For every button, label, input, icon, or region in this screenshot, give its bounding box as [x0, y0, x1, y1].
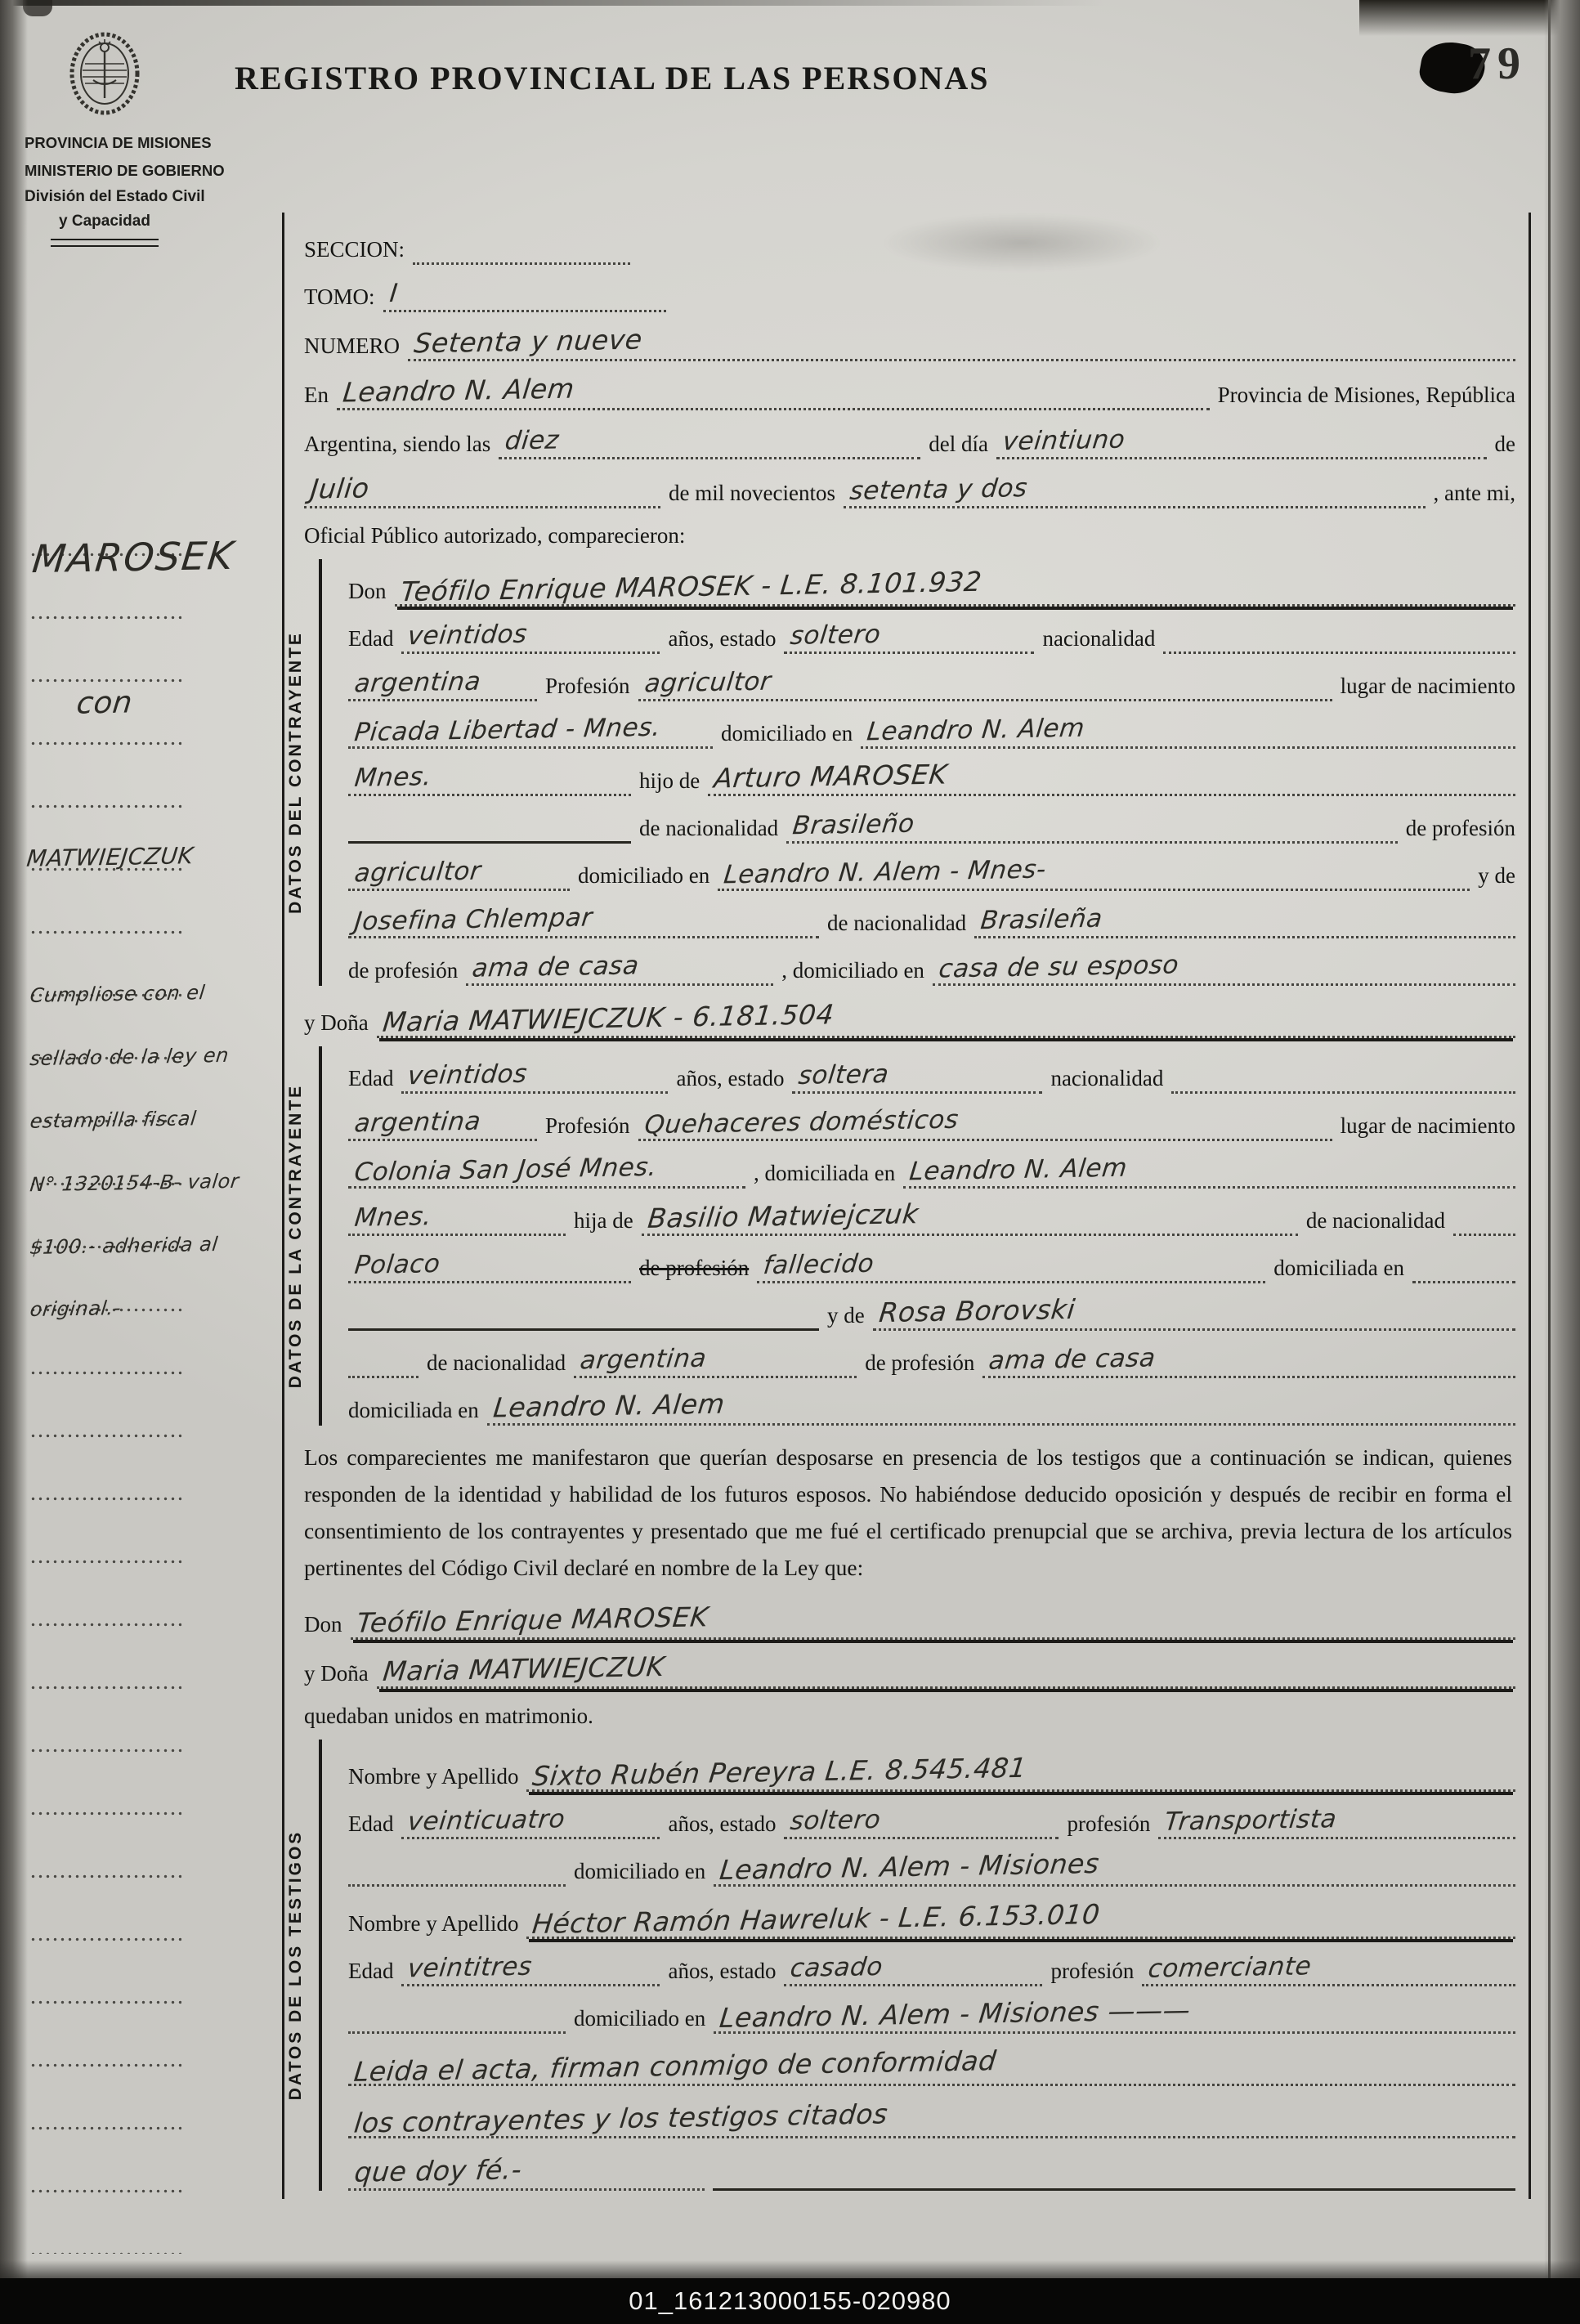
row-decl-groom: Don Teófilo Enrique MAROSEK: [284, 1591, 1515, 1640]
groom-domicilio-field: Leandro N. Alem: [861, 715, 1515, 749]
siendo-las-label: Argentina, siendo las: [304, 432, 490, 459]
sidebar: PROVINCIA DE MISIONES MINISTERIO DE GOBI…: [25, 31, 185, 247]
scan-edge-top: [0, 0, 1106, 6]
ministry-name: MINISTERIO DE GOBIERNO: [25, 157, 185, 185]
margin-conjunction: con: [75, 684, 135, 720]
coat-of-arms-icon: [65, 31, 144, 116]
groom-madre-value: Josefina Chlempar: [353, 902, 594, 936]
section-witnesses-label: DATOS DE LOS TESTIGOS: [286, 1830, 306, 2101]
groom-nacionalidad-field: argentina: [348, 668, 537, 701]
margin-note-line: original.-: [29, 1296, 122, 1321]
cierre-line2-value: los contrayentes y los testigos citados: [352, 2098, 889, 2138]
witness2-domicilio-field: Leandro N. Alem - Misiones ———: [714, 1998, 1515, 2034]
witness1-domicilio-field: Leandro N. Alem - Misiones: [714, 1851, 1515, 1887]
decl-don-label: Don: [304, 1612, 342, 1640]
witness2-name-value: Héctor Ramón Hawreluk - L.E. 6.153.010: [531, 1898, 1102, 1940]
witness2-estado-value: casado: [789, 1952, 884, 1983]
bride-profesion-field: Quehaceres domésticos: [638, 1108, 1332, 1141]
blank-field: [1171, 1090, 1515, 1094]
row-groom-madre-prof: de profesión ama de casa , domiciliado e…: [345, 938, 1515, 986]
province-name: PROVINCIA DE MISIONES: [25, 129, 185, 157]
madre-domicilio-value: casa de su esposo: [938, 950, 1180, 983]
bride-madre-profesion-value: ama de casa: [987, 1343, 1157, 1376]
scanned-marriage-record: 79 REGISTRO PROVINCIAL DE LAS PERSONAS P…: [0, 0, 1580, 2324]
groom-domicilio-value2: Mnes.: [353, 762, 433, 793]
bride-profesion-label: Profesión: [545, 1113, 630, 1141]
section-bride-label: DATOS DE LA CONTRAYENTE: [286, 1084, 306, 1388]
row-witness1-edad: Edad veinticuatro años, estado soltero p…: [345, 1792, 1515, 1839]
groom-nacionalidad-label: nacionalidad: [1042, 626, 1155, 654]
witness2-estado-label: años, estado: [668, 1959, 776, 1986]
decl-dona-label: y Doña: [304, 1661, 369, 1689]
margin-note-line: estampilla fiscal: [29, 1107, 197, 1133]
groom-nacimiento-field: Picada Libertad - Mnes.: [348, 715, 713, 749]
bride-domicilio2-field: Mnes.: [348, 1202, 566, 1236]
groom-estado-field: soltero: [784, 620, 1034, 654]
witness2-estado-field: casado: [784, 1953, 1042, 1986]
bride-madre-profesion-field: ama de casa: [982, 1345, 1515, 1378]
bride-domicilio-value: Leandro N. Alem: [908, 1153, 1129, 1187]
witness2-nombre-label: Nombre y Apellido: [348, 1911, 518, 1939]
bride-nacimiento-value: Colonia San José Mnes.: [353, 1153, 659, 1187]
bride-madre-domicilio-label: domiciliada en: [348, 1398, 479, 1426]
row-witness2-name: Nombre y Apellido Héctor Ramón Hawreluk …: [345, 1887, 1515, 1939]
mes-field: Julio: [304, 472, 660, 508]
en-label: En: [304, 383, 329, 410]
margin-party1: MAROSEK: [30, 534, 237, 582]
row-bride-profesion: argentina Profesión Quehaceres doméstico…: [345, 1094, 1515, 1141]
row-numero: NUMERO Setenta y nueve: [284, 312, 1515, 361]
bride-edad-label: Edad: [348, 1066, 393, 1094]
bride-padre-nacionalidad-value: Polaco: [353, 1249, 441, 1280]
bride-madre-field: Rosa Borovski: [873, 1295, 1515, 1331]
row-seccion: SECCION:: [284, 217, 1515, 265]
acta-paragraph: Los comparecientes me manifestaron que q…: [304, 1439, 1512, 1586]
bride-padre-profesion-label-struck: de profesión: [639, 1256, 749, 1283]
witness2-domicilio-value: Leandro N. Alem - Misiones ———: [718, 1994, 1193, 2034]
groom-edad-field: veintidos: [401, 620, 660, 654]
madre-nacionalidad-field: Brasileña: [974, 905, 1515, 938]
padre-profesion-field: agricultor: [348, 858, 570, 891]
groom-estado-label: años, estado: [668, 626, 776, 654]
decl-bride-value: Maria MATWIEJCZUK: [381, 1650, 666, 1687]
bride-domicilio-field: Leandro N. Alem: [903, 1155, 1515, 1189]
bride-y-de-label: y de: [827, 1303, 865, 1331]
padre-nacionalidad-label: de nacionalidad: [639, 816, 778, 844]
section-bride: DATOS DE LA CONTRAYENTE Edad veintidos a…: [319, 1046, 1515, 1426]
groom-domicilio-label: domiciliado en: [721, 721, 853, 749]
padre-nacionalidad-value: Brasileño: [791, 809, 916, 841]
witness1-estado-field: soltero: [784, 1806, 1059, 1839]
groom-profesion-field: agricultor: [638, 668, 1332, 701]
witness1-edad-label: Edad: [348, 1811, 393, 1839]
ante-mi-label: , ante mi,: [1434, 481, 1515, 508]
groom-profesion-value: agricultor: [642, 667, 772, 699]
groom-padre-value: Arturo MAROSEK: [713, 759, 949, 795]
section-groom-label: DATOS DEL CONTRAYENTE: [286, 631, 306, 914]
madre-profesion-field: ama de casa: [466, 952, 773, 986]
page-title: REGISTRO PROVINCIAL DE LAS PERSONAS: [235, 59, 1395, 97]
decl-groom-value: Teófilo Enrique MAROSEK: [355, 1601, 709, 1638]
row-mes-anio: Julio de mil novecientos setenta y dos ,…: [284, 459, 1515, 508]
bride-name-field: Maria MATWIEJCZUK - 6.181.504: [377, 1002, 1515, 1038]
margin-party2: MATWIEJCZUK: [25, 842, 195, 872]
bride-nacionalidad-label: nacionalidad: [1050, 1066, 1163, 1094]
hora-value: diez: [504, 425, 561, 455]
groom-nacimiento-value: Picada Libertad - Mnes.: [353, 713, 662, 748]
numero-value: Setenta y nueve: [413, 324, 644, 360]
witness1-name-field: Sixto Rubén Pereyra L.E. 8.545.481: [526, 1756, 1515, 1792]
decl-groom-field: Teófilo Enrique MAROSEK: [351, 1604, 1516, 1640]
closing-rule: [713, 2187, 1515, 2191]
anio-field: setenta y dos: [844, 475, 1426, 508]
groom-nacimiento-label: lugar de nacimiento: [1341, 674, 1515, 701]
de-label: de: [1495, 432, 1515, 459]
padre-profesion-label: de profesión: [1406, 816, 1515, 844]
bride-estado-value: soltera: [797, 1059, 890, 1090]
groom-edad-label: Edad: [348, 626, 393, 654]
witness2-edad-field: veintitres: [401, 1953, 660, 1986]
groom-name-field: Teófilo Enrique MAROSEK - L.E. 8.101.932: [395, 571, 1516, 607]
bride-estado-field: soltera: [792, 1060, 1042, 1094]
bride-nacimiento-label: lugar de nacimiento: [1341, 1113, 1515, 1141]
blank-field: [348, 1374, 418, 1378]
bride-madre-profesion-label: de profesión: [865, 1350, 974, 1378]
groom-madre-field: Josefina Chlempar: [348, 905, 819, 938]
blank-field: [1412, 1279, 1515, 1283]
row-bride-madre: y de Rosa Borovski: [345, 1283, 1515, 1331]
blank-field: [348, 1883, 566, 1887]
hija-de-label: hija de: [574, 1208, 633, 1236]
row-groom-profesion: argentina Profesión agricultor lugar de …: [345, 654, 1515, 701]
cierre-line1-value: Leida el acta, firman conmigo de conform…: [352, 2044, 998, 2088]
padre-domicilio-value: Leandro N. Alem - Mnes-: [723, 855, 1048, 890]
provincia-text: Provincia de Misiones, República: [1218, 383, 1515, 410]
witness1-estado-value: soltero: [789, 1805, 882, 1836]
witness1-name-value: Sixto Rubén Pereyra L.E. 8.545.481: [531, 1752, 1029, 1793]
groom-name-value: Teófilo Enrique MAROSEK - L.E. 8.101.932: [399, 566, 983, 607]
sidebar-ruled-lines: [28, 527, 181, 2254]
bride-padre-field: Basilio Matwiejczuk: [642, 1200, 1298, 1236]
witness1-profesion-label: profesión: [1067, 1811, 1150, 1839]
bride-madre-value: Rosa Borovski: [877, 1293, 1076, 1328]
bride-domicilio-value2: Mnes.: [353, 1202, 433, 1233]
row-witness1-domicilio: domiciliado en Leandro N. Alem - Misione…: [345, 1839, 1515, 1887]
row-groom-padre: Mnes. hijo de Arturo MAROSEK: [345, 749, 1515, 796]
row-bride-madre-nac: de nacionalidad argentina de profesión a…: [345, 1331, 1515, 1378]
groom-nacionalidad-value: argentina: [353, 667, 482, 699]
novecientos-label: de mil novecientos: [669, 481, 835, 508]
groom-padre-field: Arturo MAROSEK: [708, 760, 1515, 796]
microfilm-code-bar: 01_161213000155-020980: [0, 2278, 1580, 2324]
witness2-edad-label: Edad: [348, 1959, 393, 1986]
witness1-domicilio-value: Leandro N. Alem - Misiones: [718, 1847, 1101, 1886]
don-label: Don: [348, 579, 387, 607]
madre-domicilio-field: casa de su esposo: [933, 952, 1515, 986]
decl-bride-field: Maria MATWIEJCZUK: [377, 1653, 1515, 1689]
witness1-profesion-field: Transportista: [1158, 1806, 1515, 1839]
row-hora-dia: Argentina, siendo las diez del día veint…: [284, 410, 1515, 459]
cierre-line1-field: Leida el acta, firman conmigo de conform…: [348, 2050, 1515, 2086]
groom-edad-value: veintidos: [406, 620, 529, 652]
bride-padre-domicilio-label: domiciliada en: [1273, 1256, 1404, 1283]
padre-nacionalidad-field: Brasileño: [786, 810, 1398, 844]
madre-nacionalidad-label: de nacionalidad: [827, 911, 966, 938]
row-decl-bride: y Doña Maria MATWIEJCZUK: [284, 1640, 1515, 1689]
witness1-edad-field: veinticuatro: [401, 1806, 660, 1839]
bride-nacimiento-field: Colonia San José Mnes.: [348, 1155, 745, 1189]
bride-edad-value: veintidos: [406, 1059, 529, 1091]
row-cierre-2: los contrayentes y los testigos citados: [345, 2086, 1515, 2138]
bride-edad-field: veintidos: [401, 1060, 668, 1094]
decl-cierre-text: quedaban unidos en matrimonio.: [304, 1704, 593, 1731]
row-tomo: TOMO: I: [284, 265, 1515, 312]
row-groom-padre-dom: agricultor domiciliado en Leandro N. Ale…: [345, 844, 1515, 891]
bride-padre-nacionalidad-label: de nacionalidad: [1306, 1208, 1445, 1236]
row-bride-padre: Mnes. hija de Basilio Matwiejczuk de nac…: [345, 1189, 1515, 1236]
witness1-domicilio-label: domiciliado en: [574, 1859, 705, 1887]
bride-padre-nacionalidad-field: Polaco: [348, 1250, 631, 1283]
section-groom: DATOS DEL CONTRAYENTE Don Teófilo Enriqu…: [319, 559, 1515, 986]
section-witnesses: DATOS DE LOS TESTIGOS Nombre y Apellido …: [319, 1740, 1515, 2191]
seccion-field: [413, 261, 630, 265]
witness2-domicilio-label: domiciliado en: [574, 2006, 705, 2034]
dia-field: veintiuno: [996, 426, 1487, 459]
bride-name-value: Maria MATWIEJCZUK - 6.181.504: [381, 998, 835, 1038]
cierre-line3-field: que doy fé.-: [348, 2155, 705, 2191]
bride-madre-nacionalidad-value: argentina: [579, 1344, 708, 1376]
bride-domicilio-label: , domiciliada en: [754, 1161, 895, 1189]
row-bride-name: y Doña Maria MATWIEJCZUK - 6.181.504: [284, 986, 1515, 1038]
row-witness1-name: Nombre y Apellido Sixto Rubén Pereyra L.…: [345, 1740, 1515, 1792]
witness1-estado-label: años, estado: [668, 1811, 776, 1839]
row-bride-edad: Edad veintidos años, estado soltera naci…: [345, 1046, 1515, 1094]
madre-profesion-label: de profesión: [348, 958, 458, 986]
bride-madre-nacionalidad-label: de nacionalidad: [427, 1350, 566, 1378]
tomo-label: TOMO:: [304, 284, 375, 312]
row-bride-madre-dom: domiciliada en Leandro N. Alem: [345, 1378, 1515, 1426]
padre-domicilio-label: domiciliado en: [578, 863, 709, 891]
division-line2: y Capacidad: [25, 209, 185, 234]
padre-profesion-value: agricultor: [353, 857, 482, 889]
tomo-field: I: [383, 279, 666, 312]
bride-profesion-value: Quehaceres domésticos: [642, 1105, 960, 1140]
madre-domicilio-label: , domiciliado en: [781, 958, 924, 986]
bride-madre-domicilio-field: Leandro N. Alem: [487, 1390, 1515, 1426]
lugar-value: Leandro N. Alem: [342, 373, 576, 409]
row-witness2-domicilio: domiciliado en Leandro N. Alem - Misione…: [345, 1986, 1515, 2034]
row-lugar: En Leandro N. Alem Provincia de Misiones…: [284, 361, 1515, 410]
y-dona-label: y Doña: [304, 1010, 369, 1038]
bride-padre-value: Basilio Matwiejczuk: [646, 1198, 920, 1234]
row-decl-cierre: quedaban unidos en matrimonio.: [284, 1689, 1515, 1731]
scan-edge-left: [0, 0, 28, 2278]
witness2-profesion-label: profesión: [1050, 1959, 1134, 1986]
cierre-line3-value: que doy fé.-: [353, 2153, 524, 2188]
form-body: SECCION: TOMO: I NUMERO Setenta y nueve …: [282, 213, 1531, 2199]
oficial-text: Oficial Público autorizado, compareciero…: [304, 523, 685, 551]
bride-nacionalidad-field: argentina: [348, 1108, 537, 1141]
row-groom-padre-nac: de nacionalidad Brasileño de profesión: [345, 796, 1515, 844]
hora-field: diez: [499, 426, 920, 459]
row-witness2-edad: Edad veintitres años, estado casado prof…: [345, 1939, 1515, 1986]
seccion-label: SECCION:: [304, 237, 405, 265]
witness2-profesion-field: comerciante: [1142, 1953, 1515, 1986]
witness1-nombre-label: Nombre y Apellido: [348, 1764, 518, 1792]
binding-crease: [1548, 0, 1551, 2278]
witness2-profesion-value: comerciante: [1147, 1951, 1313, 1983]
blank-field: [1453, 1232, 1515, 1236]
witness1-profesion-value: Transportista: [1163, 1804, 1338, 1837]
groom-domicilio2-field: Mnes.: [348, 763, 631, 796]
row-bride-nacimiento: Colonia San José Mnes. , domiciliada en …: [345, 1141, 1515, 1189]
microfilm-code: 01_161213000155-020980: [629, 2286, 951, 2315]
numero-label: NUMERO: [304, 334, 400, 361]
groom-profesion-label: Profesión: [545, 674, 630, 701]
padre-domicilio-field: Leandro N. Alem - Mnes-: [718, 858, 1470, 891]
row-groom-edad: Edad veintidos años, estado soltero naci…: [345, 607, 1515, 654]
row-oficial: Oficial Público autorizado, compareciero…: [284, 508, 1515, 551]
bride-madre-nacionalidad-field: argentina: [574, 1345, 857, 1378]
bride-nacionalidad-value: argentina: [353, 1107, 482, 1139]
bride-padre-estado-field: fallecido: [757, 1250, 1265, 1283]
hijo-de-label: hijo de: [639, 768, 700, 796]
margin-note-line: Cumpliose con el: [29, 981, 206, 1007]
madre-profesion-value: ama de casa: [471, 951, 641, 983]
row-groom-name: Don Teófilo Enrique MAROSEK - L.E. 8.101…: [345, 559, 1515, 607]
tomo-value: I: [388, 279, 399, 308]
margin-note-line: $100.- adherida al: [29, 1233, 219, 1259]
witness2-name-field: Héctor Ramón Hawreluk - L.E. 6.153.010: [526, 1903, 1515, 1939]
blank-solid-line: [348, 840, 631, 844]
blank-field: [1163, 650, 1515, 654]
blank-field: [348, 2030, 566, 2034]
y-de-label: y de: [1478, 863, 1515, 891]
row-cierre-3: que doy fé.-: [345, 2138, 1515, 2191]
groom-domicilio-value: Leandro N. Alem: [866, 714, 1086, 747]
row-bride-padre-estado: Polaco de profesión fallecido domiciliad…: [345, 1236, 1515, 1283]
row-groom-madre: Josefina Chlempar de nacionalidad Brasil…: [345, 891, 1515, 938]
witness2-edad-value: veintitres: [406, 1952, 534, 1984]
double-rule: [51, 239, 159, 247]
bride-estado-label: años, estado: [676, 1066, 784, 1094]
division-line1: División del Estado Civil: [25, 185, 185, 209]
page-bottom-shadow: [0, 2260, 1580, 2278]
lugar-field: Leandro N. Alem: [337, 374, 1210, 410]
bride-padre-estado-value: fallecido: [762, 1249, 875, 1280]
del-dia-label: del día: [929, 432, 988, 459]
anio-value: setenta y dos: [848, 473, 1029, 506]
numero-field: Setenta y nueve: [408, 325, 1515, 361]
madre-nacionalidad-value: Brasileña: [979, 904, 1104, 936]
mes-value: Julio: [309, 472, 371, 504]
row-cierre-1: Leida el acta, firman conmigo de conform…: [345, 2034, 1515, 2086]
witness1-edad-value: veinticuatro: [406, 1804, 566, 1836]
cierre-line2-field: los contrayentes y los testigos citados: [348, 2102, 1515, 2138]
margin-note-line: sellado de la ley en: [29, 1044, 230, 1070]
page-number: 79: [1468, 38, 1527, 90]
groom-estado-value: soltero: [789, 620, 882, 651]
bride-madre-domicilio-value: Leandro N. Alem: [491, 1388, 726, 1424]
row-groom-nacimiento: Picada Libertad - Mnes. domiciliado en L…: [345, 701, 1515, 749]
dia-value: veintiuno: [1001, 425, 1126, 457]
blank-solid-line: [348, 1327, 819, 1331]
margin-note-line: N° 1320154-B- valor: [29, 1170, 240, 1196]
